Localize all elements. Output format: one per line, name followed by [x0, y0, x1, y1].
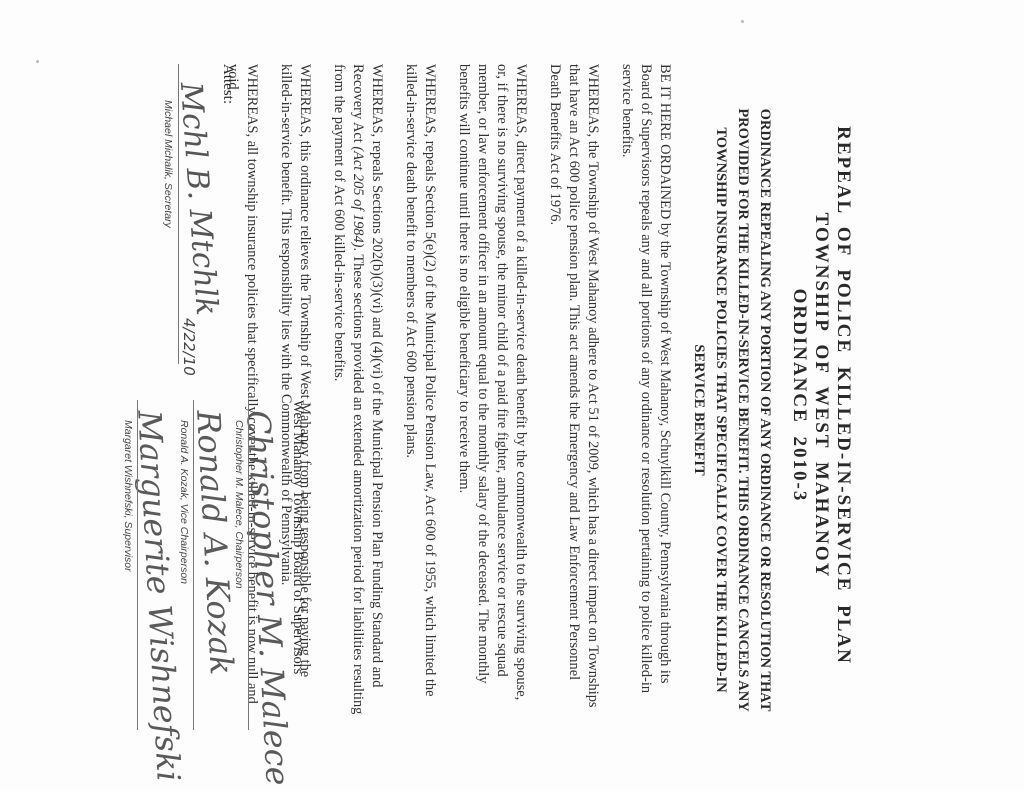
board-title: West Mahanoy Township Board of Superviso… [289, 400, 306, 674]
title-line: REPEAL OF POLICE KILLED-IN-SERVICE PLAN [832, 0, 854, 791]
act205-citation: (Act 205 of 1984) [350, 146, 366, 247]
ordinance-subtitle: ORDINANCE REPEALING ANY PORTION OF ANY O… [688, 80, 776, 740]
supervisor-name: Margaret Wishnefski, Supervisor [122, 420, 134, 572]
paragraph-direct-payment: WHEREAS, direct payment of a killed-in-s… [454, 64, 530, 716]
subtitle-line: ORDINANCE REPEALING ANY PORTION OF ANY O… [754, 80, 776, 740]
attest-date: 4/22/10 [180, 318, 198, 376]
paragraph-act205: WHEREAS, repeals Sections 202(b)(3)(vi) … [329, 64, 386, 716]
paragraph-ordained: BE IT HERE ORDAINED by the Township of W… [617, 64, 674, 716]
paragraph-section-5e2: WHEREAS, repeals Section 5(e)(2) of the … [401, 64, 439, 716]
signature-line [178, 64, 179, 364]
attest-label: Attest: [219, 64, 236, 104]
signature-line [137, 400, 138, 730]
subtitle-line: PROVIDED FOR THE KILLED-IN-SERVICE BENEF… [732, 80, 754, 740]
document-title: REPEAL OF POLICE KILLED-IN-SERVICE PLAN … [788, 0, 854, 791]
secretary-name: Michael Michalik, Secretary [162, 100, 174, 228]
vice-chairperson-name: Ronald A. Kozak, Vice Chairperson [178, 420, 190, 584]
subtitle-line: SERVICE BENEFIT [688, 80, 710, 740]
title-line: ORDINANCE 2010-3 [788, 0, 810, 791]
signature-line [248, 400, 249, 730]
paragraph-act51: WHEREAS, the Township of West Mahanoy ad… [545, 64, 602, 716]
signature-line [193, 400, 194, 730]
subtitle-line: TOWNSHIP INSURANCE POLICIES THAT SPECIFI… [710, 80, 732, 740]
document-page: REPEAL OF POLICE KILLED-IN-SERVICE PLAN … [0, 0, 1024, 791]
title-line: TOWNSHIP OF WEST MAHANOY [810, 0, 832, 791]
scan-speck [741, 20, 744, 23]
scan-speck [36, 60, 39, 63]
